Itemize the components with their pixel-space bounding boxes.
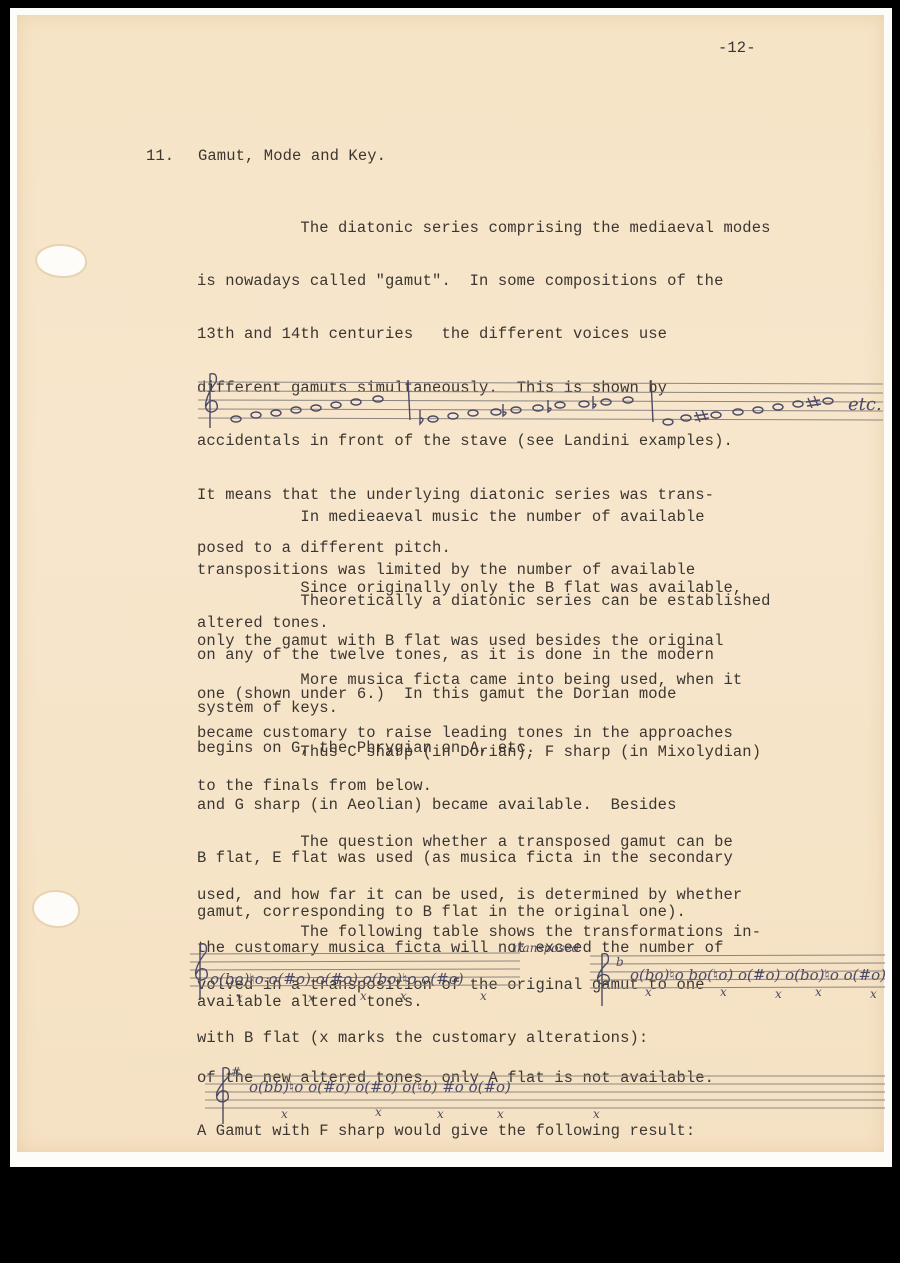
svg-text:o(bo)♮o o(#o) o(#o) o(bo)♮o o(: o(bo)♮o o(#o) o(#o) o(bo)♮o o(#o) — [210, 970, 464, 988]
section-number: 11. — [146, 148, 174, 166]
text-line: The following table shows the transforma… — [197, 924, 761, 942]
svg-text:x: x — [281, 1107, 288, 1121]
page-number: -12- — [718, 40, 756, 58]
svg-text:x: x — [645, 985, 652, 999]
svg-text:o(bb)♮o o(#o) o(#o) o(♮o) #o o: o(bb)♮o o(#o) o(#o) o(♮o) #o o(#o) — [249, 1078, 511, 1096]
text-line: The diatonic series comprising the media… — [197, 220, 771, 238]
svg-text:x: x — [497, 1107, 504, 1121]
text-line: Thus C sharp (in Dorian), F sharp (in Mi… — [197, 744, 761, 762]
punch-hole-top — [37, 246, 85, 276]
text-line: Since originally only the B flat was ava… — [197, 580, 742, 598]
svg-text:x: x — [870, 987, 877, 1001]
svg-text:x: x — [480, 989, 487, 1003]
svg-text:etc.: etc. — [848, 394, 882, 415]
svg-text:o(bo)♮o bo(♮o) o(#o) o(bo)♮o o: o(bo)♮o bo(♮o) o(#o) o(bo)♮o o(#o) — [630, 966, 886, 984]
text-line: 13th and 14th centuries the different vo… — [197, 326, 771, 344]
svg-text:#: # — [231, 1065, 241, 1079]
svg-text:x: x — [308, 991, 315, 1005]
svg-text:x: x — [437, 1107, 444, 1121]
svg-text:x: x — [815, 985, 822, 999]
svg-text:b: b — [616, 955, 624, 969]
text-line: is nowadays called "gamut". In some comp… — [197, 273, 771, 291]
section-title: Gamut, Mode and Key. — [198, 148, 386, 166]
text-line: More musica ficta came into being used, … — [197, 672, 742, 690]
music-staff-keys-example: etc. — [198, 372, 888, 432]
music-staff-transposition-table: o(bo)♮o o(#o) o(#o) o(bo)♮o o(#o) transp… — [190, 940, 890, 1010]
svg-text:x: x — [720, 985, 727, 999]
text-line: accidentals in front of the stave (see L… — [197, 433, 771, 451]
text-line: The question whether a transposed gamut … — [197, 834, 742, 852]
punch-hole-bottom — [34, 892, 78, 926]
svg-text:x: x — [375, 1105, 382, 1119]
text-line: In medieaeval music the number of availa… — [197, 509, 705, 527]
svg-text:x: x — [236, 991, 243, 1005]
svg-text:x: x — [400, 989, 407, 1003]
svg-text:transposed: transposed — [512, 941, 580, 955]
svg-text:x: x — [593, 1107, 600, 1121]
svg-text:x: x — [775, 987, 782, 1001]
svg-text:x: x — [360, 989, 367, 1003]
music-staff-f-sharp-gamut: # o(bb)♮o o(#o) o(#o) o(♮o) #o o(#o) x x… — [205, 1062, 890, 1132]
